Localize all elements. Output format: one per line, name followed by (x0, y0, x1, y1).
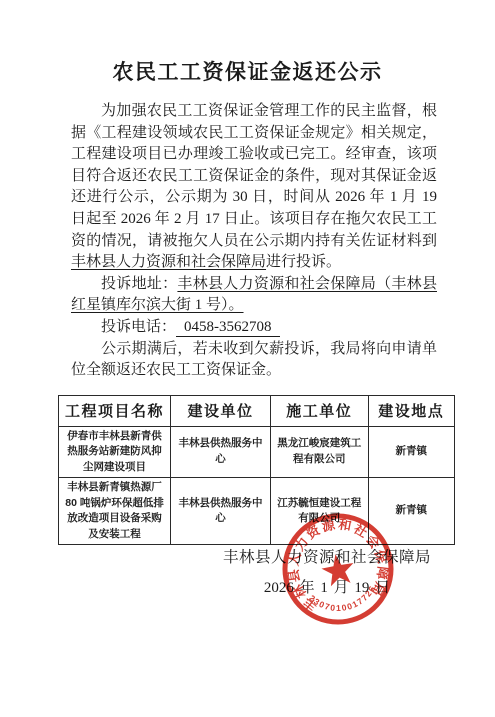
header-project-name: 工程项目名称 (59, 395, 171, 426)
header-location: 建设地点 (368, 395, 454, 426)
cell-construction-unit: 丰林县供热服务中心 (171, 478, 271, 545)
intro-tail: 进行投诉。 (266, 254, 341, 270)
intro-paragraph: 为加强农民工工资保证金管理工作的民主监督，根据《工程建设领域农民工工资保证金规定… (71, 101, 437, 274)
complaint-phone-line: 投诉电话：0458-3562708 (71, 317, 437, 339)
phone-label: 投诉电话： (101, 319, 176, 335)
complaint-address-line: 投诉地址：丰林县人力资源和社会保障局（丰林县红星镇库尔滨大街 1 号）。 (71, 274, 437, 317)
cell-location: 新青镇 (368, 478, 454, 545)
cell-contractor-unit: 黑龙江峻宸建筑工程有限公司 (270, 426, 368, 478)
notice-title: 农民工工资保证金返还公示 (0, 0, 495, 86)
notice-body: 为加强农民工工资保证金管理工作的民主监督，根据《工程建设领域农民工工资保证金规定… (71, 101, 437, 382)
header-construction-unit: 建设单位 (171, 395, 271, 426)
notice-page: 农民工工资保证金返还公示 为加强农民工工资保证金管理工作的民主监督，根据《工程建… (0, 0, 495, 717)
cell-project-name: 伊春市丰林县新青供热服务站新建防风抑尘网建设项目 (59, 426, 171, 478)
cell-location: 新青镇 (368, 426, 454, 478)
signature-org: 丰林县人力资源和社会保障局 (203, 545, 451, 567)
bureau-name-underlined: 丰林县人力资源和社会保障局 (71, 254, 266, 270)
cell-construction-unit: 丰林县供热服务中心 (171, 426, 271, 478)
cell-project-name: 丰林县新青镇热源厂 80 吨锅炉环保超低排放改造项目设备采购及安装工程 (59, 478, 171, 545)
table-header-row: 工程项目名称 建设单位 施工单位 建设地点 (59, 395, 455, 426)
signature-date: 2026 年 1 月 19 日 (203, 576, 451, 597)
address-label: 投诉地址： (101, 276, 177, 292)
signature-block: 丰林县人力资源和社会保障局 2026 年 1 月 19 日 (203, 545, 451, 597)
cell-contractor-unit: 江苏毓恒建设工程有限公司 (270, 478, 368, 545)
intro-text: 为加强农民工工资保证金管理工作的民主监督，根据《工程建设领域农民工工资保证金规定… (71, 103, 437, 249)
projects-table: 工程项目名称 建设单位 施工单位 建设地点 伊春市丰林县新青供热服务站新建防风抑… (58, 395, 455, 546)
table-row: 丰林县新青镇热源厂 80 吨锅炉环保超低排放改造项目设备采购及安装工程 丰林县供… (59, 478, 455, 545)
header-contractor-unit: 施工单位 (270, 395, 368, 426)
closing-paragraph: 公示期满后，若未收到欠薪投诉，我局将向申请单位全额返还农民工工资保证金。 (71, 339, 437, 382)
phone-value: 0458-3562708 (176, 319, 280, 337)
table-row: 伊春市丰林县新青供热服务站新建防风抑尘网建设项目 丰林县供热服务中心 黑龙江峻宸… (59, 426, 455, 478)
